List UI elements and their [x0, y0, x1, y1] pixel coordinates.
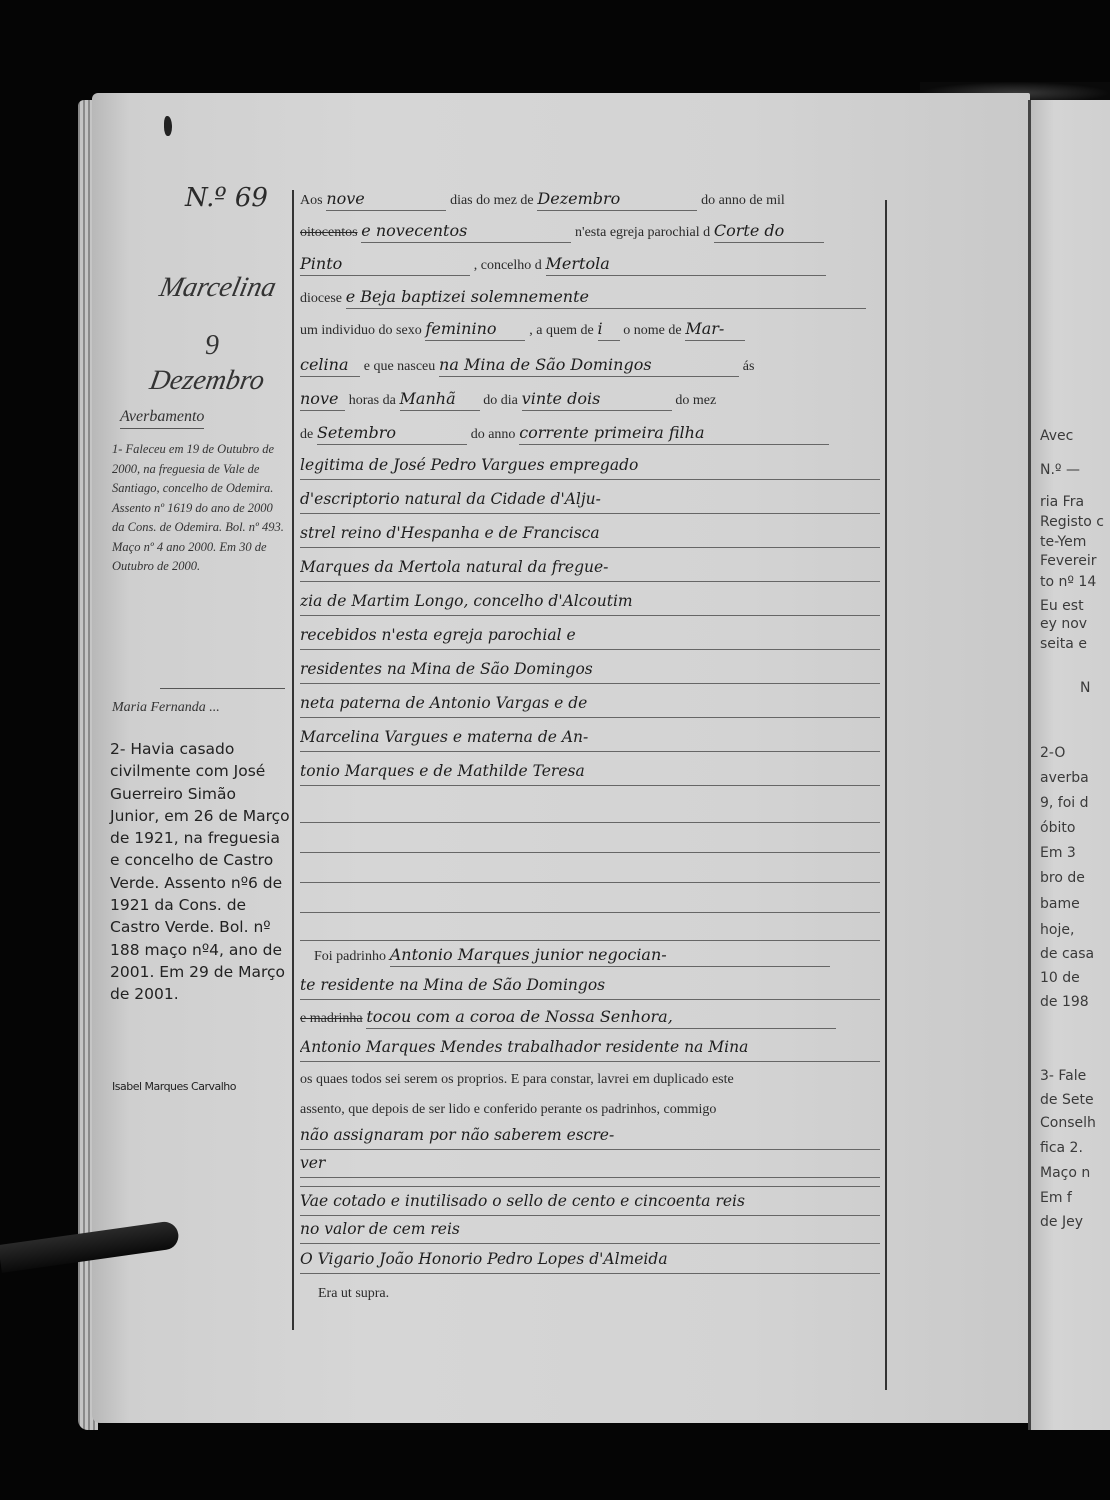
form-border-right — [885, 200, 887, 1390]
body-line: tonio Marques e de Mathilde Teresa — [300, 758, 880, 786]
closing-text-2: assento, que depois de ser lido e confer… — [300, 1096, 882, 1124]
facing-text: 10 de — [1040, 970, 1080, 986]
blank-rule — [300, 852, 880, 853]
era-ut-supra: Era ut supra. — [318, 1280, 900, 1308]
form-line-date: Aos nove dias do mez de Dezembro do anno… — [300, 186, 882, 214]
godmother-line-2: Antonio Marques Mendes trabalhador resid… — [300, 1034, 880, 1062]
sex-field: feminino — [425, 318, 525, 341]
form-line-birthplace: celina e que nasceu na Mina de São Domin… — [300, 352, 882, 380]
godfather-line-2: te residente na Mina de São Domingos — [300, 972, 880, 1000]
body-line: Marques da Mertola natural da fregue- — [300, 554, 880, 582]
godmother-line: e madrinha tocou com a coroa de Nossa Se… — [300, 1004, 882, 1032]
facing-text: ria Fra — [1040, 494, 1084, 510]
facing-text: Fevereir — [1040, 553, 1097, 569]
priest-signature: O Vigario João Honorio Pedro Lopes d'Alm… — [300, 1246, 880, 1274]
birthplace-field: na Mina de São Domingos — [439, 354, 739, 377]
divider — [160, 688, 285, 689]
blank-rule — [300, 940, 880, 941]
facing-text: averba — [1040, 770, 1089, 786]
annotation-1-signature: Maria Fernanda ... — [112, 700, 220, 716]
facing-text: 3- Fale — [1040, 1068, 1086, 1084]
diocese-field: e Beja baptizei solemnemente — [346, 286, 866, 309]
birth-month-field: Setembro — [317, 422, 467, 445]
godfather-field: Antonio Marques junior negocian- — [390, 944, 830, 967]
body-line: residentes na Mina de São Domingos — [300, 656, 880, 684]
facing-text: de 198 — [1040, 994, 1089, 1010]
blank-rule — [300, 882, 880, 883]
margin-name: Marcelina — [157, 272, 279, 304]
margin-month: Dezembro — [147, 365, 267, 397]
form-line-diocese: diocese e Beja baptizei solemnemente — [300, 284, 882, 312]
facing-text: N.º — — [1040, 462, 1080, 478]
facing-text: fica 2. — [1040, 1140, 1083, 1156]
facing-text: de Jey — [1040, 1214, 1083, 1230]
facing-text: Em f — [1040, 1190, 1072, 1206]
annotation-marriage-note: 2- Havia casado civilmente com José Guer… — [110, 738, 290, 1006]
signature-line: não assignaram por não saberem escre- — [300, 1122, 880, 1150]
stamp-note-line: Vae cotado e inutilisado o sello de cent… — [300, 1188, 880, 1216]
body-line: strel reino d'Hespanha e de Francisca — [300, 520, 880, 548]
parish-field: Corte do — [714, 220, 824, 243]
facing-text: Eu est — [1040, 598, 1084, 614]
facing-text: Avec — [1040, 428, 1073, 444]
form-line-year-church: oitocentos e novecentos n'esta egreja pa… — [300, 218, 882, 246]
facing-text: ey nov — [1040, 616, 1087, 632]
facing-text: Maço n — [1040, 1165, 1090, 1181]
annotations-heading: Averbamento — [120, 408, 204, 429]
book-gutter — [1028, 100, 1031, 1430]
body-line: recebidos n'esta egreja parochial e — [300, 622, 880, 650]
facing-text: bro de — [1040, 870, 1085, 886]
facing-text: N — [1080, 680, 1090, 696]
form-line-sex-name: um individuo do sexo feminino , a quem d… — [300, 316, 882, 344]
signature-line: ver — [300, 1150, 880, 1178]
facing-page — [1030, 100, 1110, 1430]
body-line: neta paterna de Antonio Vargas e de — [300, 690, 880, 718]
form-border-left — [292, 190, 294, 1330]
day-field: nove — [326, 188, 446, 211]
facing-text: hoje, — [1040, 922, 1074, 938]
facing-text: Conselh — [1040, 1115, 1096, 1131]
facing-text: to nº 14 — [1040, 574, 1096, 590]
year-field: e novecentos — [361, 220, 571, 243]
facing-text: 9, foi d — [1040, 795, 1089, 811]
facing-text: de Sete — [1040, 1092, 1094, 1108]
birth-day-field: vinte dois — [522, 388, 672, 411]
godfather-line: Foi padrinho Antonio Marques junior nego… — [300, 942, 882, 970]
body-line: d'escriptorio natural da Cidade d'Alju- — [300, 486, 880, 514]
blank-rule — [300, 1186, 880, 1187]
facing-text: de casa — [1040, 946, 1094, 962]
facing-text: bame — [1040, 896, 1080, 912]
body-line: Marcelina Vargues e materna de An- — [300, 724, 880, 752]
form-line-birth-month: de Setembro do anno corrente primeira fi… — [300, 420, 882, 448]
body-line: legitima de José Pedro Vargues empregado — [300, 452, 880, 480]
godmother-field: tocou com a coroa de Nossa Senhora, — [366, 1006, 836, 1029]
facing-text: Registo c — [1040, 514, 1104, 530]
form-line-birth-time: nove horas da Manhã do dia vinte dois do… — [300, 386, 882, 414]
blank-rule — [300, 912, 880, 913]
facing-text: seita e — [1040, 636, 1087, 652]
closing-text-1: os quaes todos sei serem os proprios. E … — [300, 1066, 882, 1094]
facing-text: Em 3 — [1040, 845, 1076, 861]
facing-text: 2-O — [1040, 745, 1065, 761]
annotation-2-signature: Isabel Marques Carvalho — [112, 1080, 236, 1093]
facing-text: óbito — [1040, 820, 1075, 836]
name-field: Mar- — [685, 318, 745, 341]
form-line-concelho: Pinto , concelho d Mertola — [300, 251, 882, 279]
facing-text: te-Yem — [1040, 534, 1086, 550]
stamp-note-line: no valor de cem reis — [300, 1216, 880, 1244]
body-line: zia de Martim Longo, concelho d'Alcoutim — [300, 588, 880, 616]
entry-number: N.º 69 — [185, 183, 268, 213]
margin-day: 9 — [205, 330, 219, 362]
ink-blot — [164, 116, 172, 136]
concelho-field: Mertola — [546, 253, 826, 276]
blank-rule — [300, 822, 880, 823]
month-field: Dezembro — [537, 188, 697, 211]
annotation-death-note: 1- Faleceu em 19 de Outubro de 2000, na … — [112, 440, 287, 577]
